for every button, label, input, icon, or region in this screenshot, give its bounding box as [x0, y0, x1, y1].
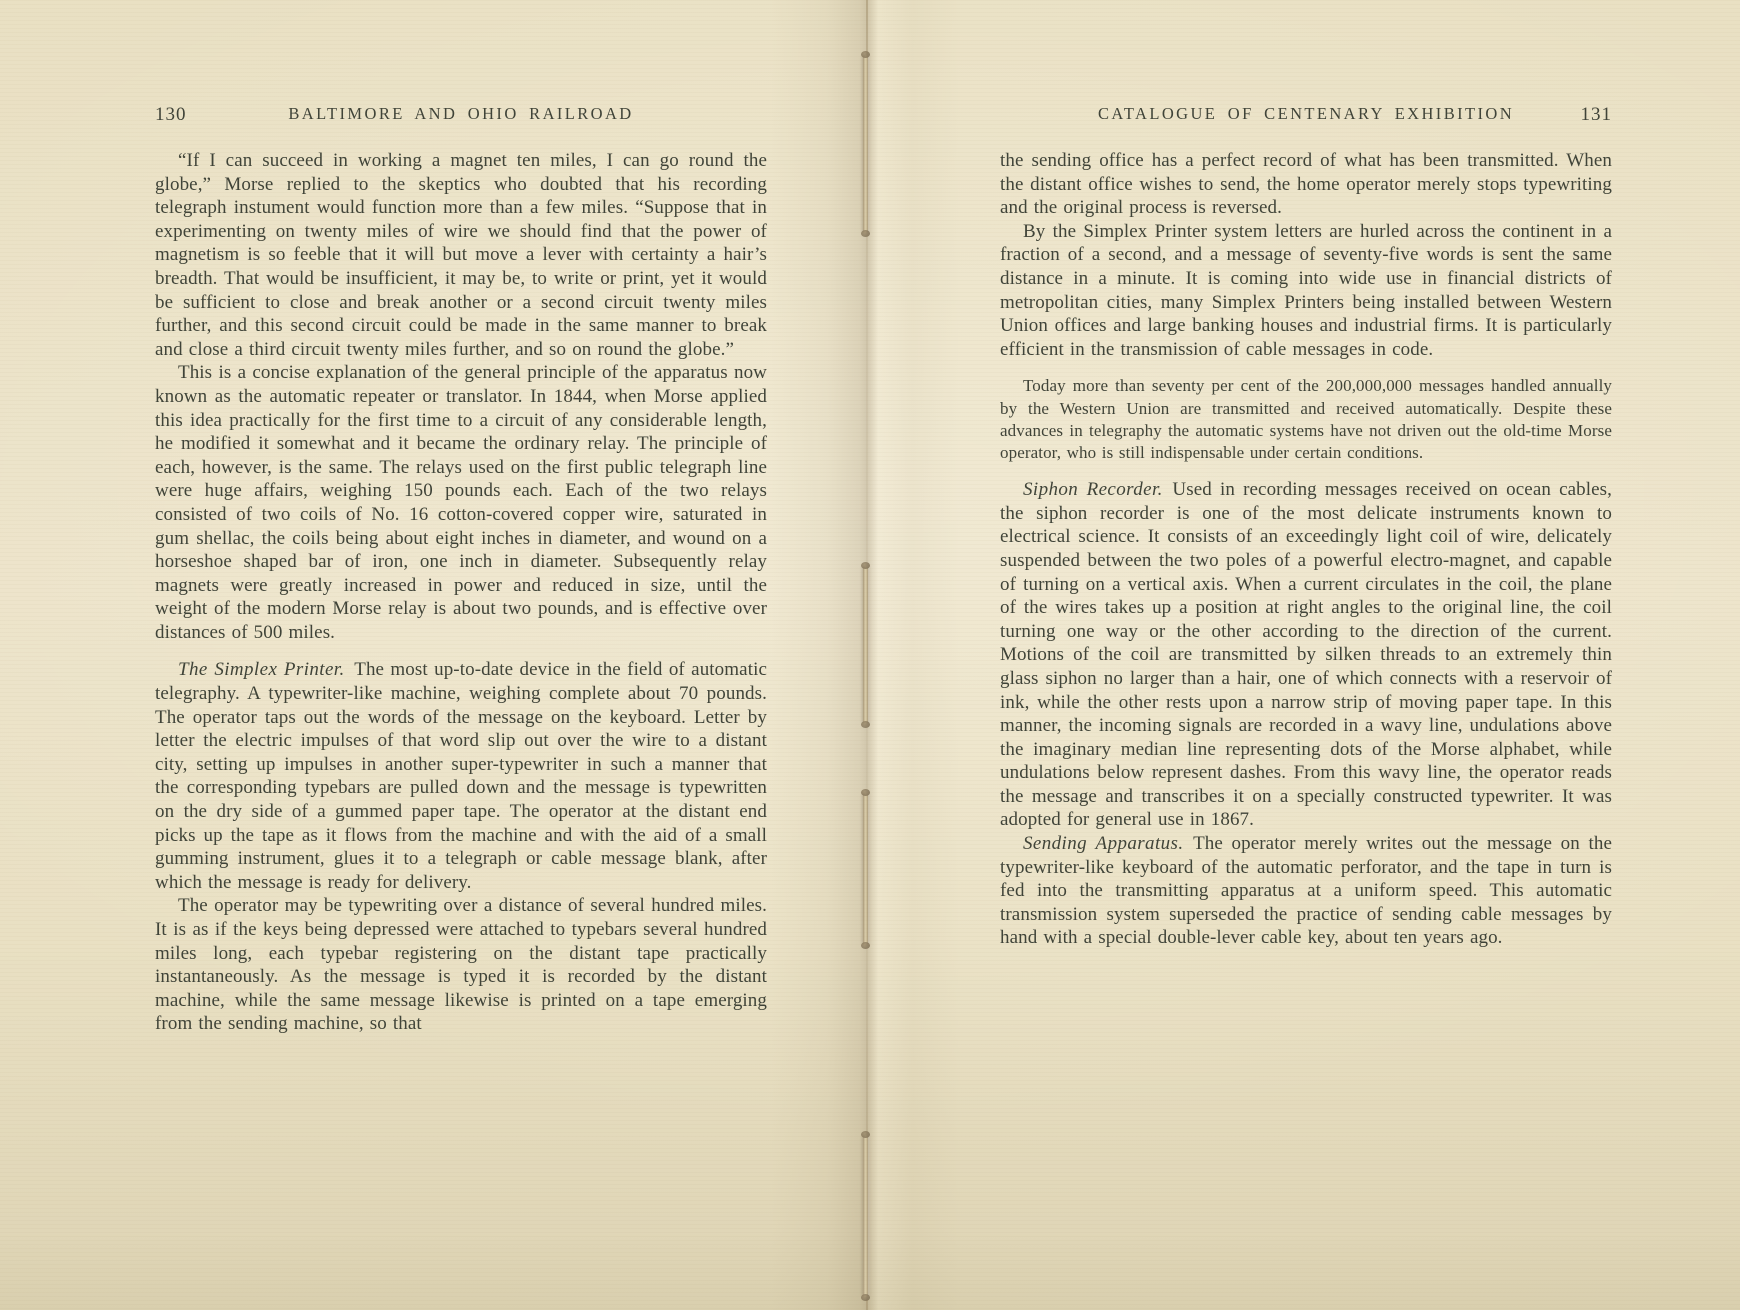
page-left-text-column: “If I can succeed in working a magnet te… [155, 149, 767, 1036]
running-head-left: 130 BALTIMORE AND OHIO RAILROAD [155, 104, 767, 128]
binding-stitch-thread [863, 566, 868, 724]
running-head-right: CATALOGUE OF CENTENARY EXHIBITION 131 [1000, 104, 1612, 128]
page-number-right: 131 [1581, 104, 1613, 126]
paragraph: This is a concise explanation of the gen… [155, 361, 767, 644]
binding-stitch-thread [863, 1135, 868, 1297]
paragraph: Siphon Recorder. Used in recording messa… [1000, 478, 1612, 832]
running-head-title-right: CATALOGUE OF CENTENARY EXHIBITION [1000, 104, 1612, 124]
paragraph: the sending office has a perfect record … [1000, 149, 1612, 220]
paragraph: The operator may be typewriting over a d… [155, 894, 767, 1036]
paragraph-lead-italic: The Simplex Printer. [178, 659, 345, 680]
paragraph: By the Simplex Printer system letters ar… [1000, 220, 1612, 362]
paragraph: “If I can succeed in working a magnet te… [155, 149, 767, 361]
paragraph-lead-italic: Sending Apparatus. [1023, 833, 1183, 854]
paragraph-lead-italic: Siphon Recorder. [1023, 479, 1163, 500]
paragraph: The Simplex Printer. The most up-to-date… [155, 658, 767, 894]
paragraph: Today more than seventy per cent of the … [1000, 375, 1612, 464]
book-spread: 130 BALTIMORE AND OHIO RAILROAD CATALOGU… [0, 0, 1740, 1310]
page-right-text-column: the sending office has a perfect record … [1000, 149, 1612, 950]
running-head-title-left: BALTIMORE AND OHIO RAILROAD [155, 104, 767, 124]
paragraph: Sending Apparatus. The operator merely w… [1000, 832, 1612, 950]
binding-stitch-thread [863, 55, 868, 233]
binding-stitch-thread [863, 793, 868, 945]
